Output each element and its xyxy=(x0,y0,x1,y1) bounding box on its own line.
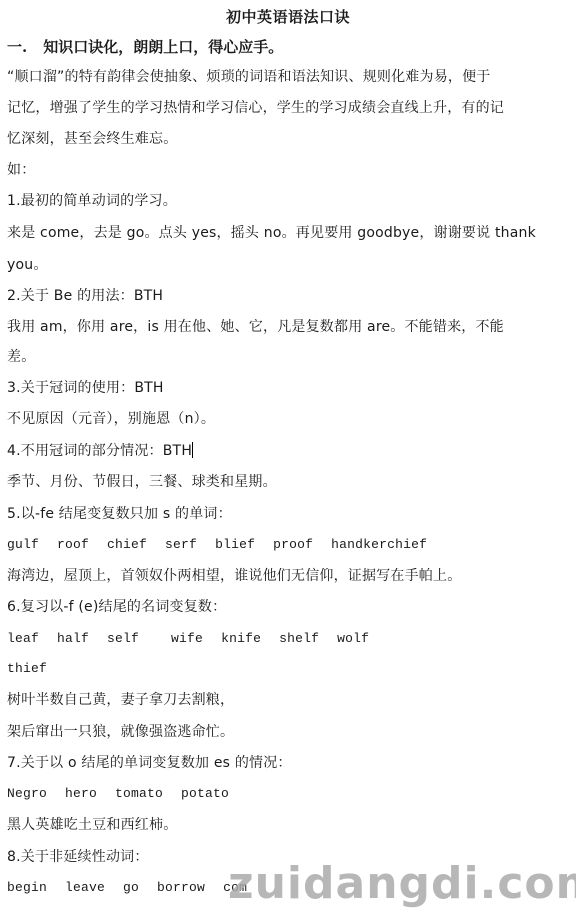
section-heading-text: 知识口诀化，朗朗上口，得心应手。 xyxy=(43,38,283,56)
word: tomato xyxy=(115,786,163,801)
word: half xyxy=(57,631,89,646)
word: wife xyxy=(171,631,203,646)
item-text: 我用 am，你用 are，is 用在他、她、它，凡是复数都用 are。不能错来，… xyxy=(7,317,567,337)
word: potato xyxy=(181,786,229,801)
word: gulf xyxy=(7,537,39,552)
item-heading: 6.复习以-f (e)结尾的名词变复数： xyxy=(7,597,567,617)
item-text: 树叶半数自己黄，妻子拿刀去割粮， xyxy=(7,690,567,710)
intro-line: 忆深刻，甚至会终生难忘。 xyxy=(7,129,567,149)
item-text: 海湾边，屋顶上，首领奴仆两相望，谁说他们无信仰，证据写在手帕上。 xyxy=(7,566,567,586)
item-text: you。 xyxy=(7,255,567,275)
word: leave xyxy=(65,880,105,895)
text-cursor xyxy=(192,442,193,458)
document-page: 初中英语语法口诀 一.知识口诀化，朗朗上口，得心应手。 “顺口溜”的特有韵律会使… xyxy=(0,0,576,911)
item-heading: 3.关于冠词的使用：BTH xyxy=(7,378,567,398)
word: handkerchief xyxy=(331,537,427,552)
watermark: zuidangdi.com xyxy=(228,862,576,906)
word-list: Negroherotomatopotato xyxy=(7,784,567,804)
word-list: leafhalfselfwifeknifeshelfwolf xyxy=(7,629,567,649)
word: roof xyxy=(57,537,89,552)
item-text: 不见原因（元音），别施恩（n）。 xyxy=(7,409,567,429)
word: leaf xyxy=(7,631,39,646)
section-number: 一. xyxy=(7,38,27,56)
word: knife xyxy=(221,631,261,646)
document-title: 初中英语语法口诀 xyxy=(0,6,576,27)
item-heading-with-cursor[interactable]: 4.不用冠词的部分情况：BTH xyxy=(7,441,567,461)
item-text: 季节、月份、节假日，三餐、球类和星期。 xyxy=(7,472,567,492)
item-heading: 1.最初的简单动词的学习。 xyxy=(7,191,567,211)
word: begin xyxy=(7,880,47,895)
word-list: gulfroofchiefserfbliefproofhandkerchief xyxy=(7,535,567,555)
item-text: 黑人英雄吃土豆和西红柿。 xyxy=(7,815,567,835)
item-text: 来是 come，去是 go。点头 yes，摇头 no。再见要用 goodbye，… xyxy=(7,223,567,243)
item-heading: 4.不用冠词的部分情况：BTH xyxy=(7,443,192,459)
example-label: 如： xyxy=(7,160,567,180)
word: shelf xyxy=(279,631,319,646)
word: proof xyxy=(273,537,313,552)
item-text: 差。 xyxy=(7,347,567,367)
word-list-continued: thief xyxy=(7,659,567,679)
intro-line: “顺口溜”的特有韵律会使抽象、烦琐的词语和语法知识、规则化难为易，便于 xyxy=(7,67,567,87)
word: blief xyxy=(215,537,255,552)
word: serf xyxy=(165,537,197,552)
item-text: 架后窜出一只狼，就像强盗逃命忙。 xyxy=(7,722,567,742)
section-heading: 一.知识口诀化，朗朗上口，得心应手。 xyxy=(7,36,283,57)
item-heading: 2.关于 Be 的用法：BTH xyxy=(7,286,567,306)
item-heading: 7.关于以 o 结尾的单词变复数加 es 的情况： xyxy=(7,753,567,773)
word: Negro xyxy=(7,786,47,801)
word: borrow xyxy=(157,880,205,895)
word: wolf xyxy=(337,631,369,646)
item-heading: 5.以-fe 结尾变复数只加 s 的单词： xyxy=(7,504,567,524)
word: chief xyxy=(107,537,147,552)
intro-line: 记忆，增强了学生的学习热情和学习信心，学生的学习成绩会直线上升，有的记 xyxy=(7,98,567,118)
word: go xyxy=(123,880,139,895)
word: hero xyxy=(65,786,97,801)
word: self xyxy=(107,631,139,646)
